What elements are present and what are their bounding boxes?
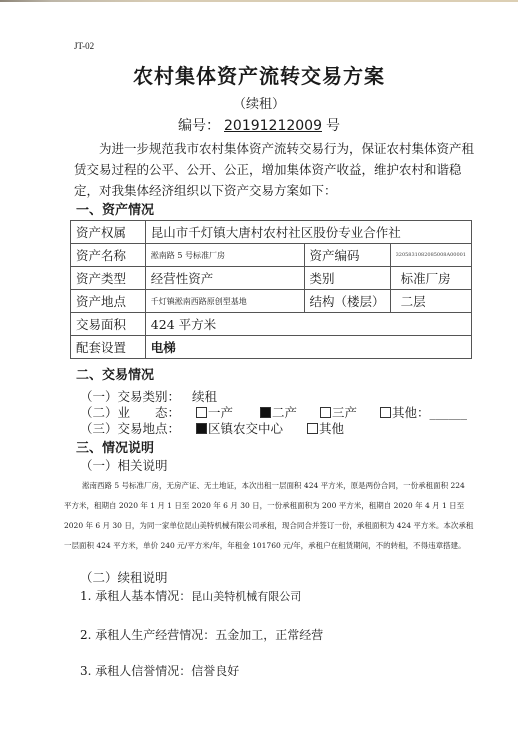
option-district-center[interactable]: 区镇农交中心 <box>196 419 303 437</box>
option-other[interactable]: 其他：______ <box>380 403 467 421</box>
label-location: 资产地点 <box>71 290 146 313</box>
label-asset-name: 资产名称 <box>71 244 146 267</box>
tenant-basic-info: 1. 承租人基本情况：昆山美特机械有限公司 <box>80 587 301 604</box>
value-asset-name: 淞南路 5 号标准厂房 <box>145 244 304 267</box>
table-row: 资产类型 经营性资产 类别 标准厂房 <box>71 267 472 290</box>
section-heading-explanation: 三、情况说明 <box>76 437 154 456</box>
document-subtitle: （续租） <box>0 93 518 112</box>
description-paragraph: 淞南西路 5 号标准厂房，无房产证、无土地证，本次出租一层面积 424 平方米，… <box>64 476 474 556</box>
checkbox-checked-icon <box>260 407 271 418</box>
value-category: 标准厂房 <box>390 267 471 290</box>
table-row: 配套设置 电梯 <box>71 336 472 359</box>
section-heading-transaction: 二、交易情况 <box>76 364 154 383</box>
venue-label: （三）交易地点： <box>80 419 192 437</box>
section-heading-assets: 一、资产情况 <box>76 199 154 218</box>
number-value: 20191212009 <box>220 118 326 134</box>
subheading-related: （一）相关说明 <box>80 456 168 474</box>
number-suffix: 号 <box>326 118 340 134</box>
tenant-business-info: 2. 承租人生产经营情况：五金加工，正常经营 <box>80 626 323 643</box>
subheading-renewal: （二）续租说明 <box>80 568 168 586</box>
label-asset-type: 资产类型 <box>71 267 146 290</box>
label-structure: 结构（楼层） <box>304 290 390 313</box>
number-label: 编号： <box>178 118 220 134</box>
document-title: 农村集体资产流转交易方案 <box>0 60 518 89</box>
value-structure: 二层 <box>390 290 471 313</box>
table-row: 资产名称 淞南路 5 号标准厂房 资产编码 3205831082085008A0… <box>71 244 472 267</box>
table-row: 资产权属 昆山市千灯镇大唐村农村社区股份专业合作社 <box>71 221 472 244</box>
transaction-venue: （三）交易地点： 区镇农交中心 其他 <box>80 419 344 437</box>
value-area: 424 平方米 <box>145 313 471 336</box>
checkbox-icon <box>196 407 207 418</box>
checkbox-icon <box>307 423 318 434</box>
value-facilities: 电梯 <box>145 336 471 359</box>
label-area: 交易面积 <box>71 313 146 336</box>
document-number: 编号：20191212009号 <box>0 115 518 135</box>
intro-paragraph: 为进一步规范我市农村集体资产流转交易行为，保证农村集体资产租赁交易过程的公平、公… <box>74 138 474 201</box>
table-row: 交易面积 424 平方米 <box>71 313 472 336</box>
form-code: JT-02 <box>74 41 94 51</box>
asset-table: 资产权属 昆山市千灯镇大唐村农村社区股份专业合作社 资产名称 淞南路 5 号标准… <box>70 220 472 359</box>
label-asset-code: 资产编码 <box>304 244 390 267</box>
option-venue-other[interactable]: 其他 <box>307 419 344 437</box>
table-row: 资产地点 千灯镇淞南西路原创型基地 结构（楼层） 二层 <box>71 290 472 313</box>
label-category: 类别 <box>304 267 390 290</box>
checkbox-icon <box>380 407 391 418</box>
value-asset-type: 经营性资产 <box>145 267 304 290</box>
scan-edge <box>0 0 518 2</box>
checkbox-checked-icon <box>196 423 207 434</box>
tenant-credit-info: 3. 承租人信誉情况：信誉良好 <box>80 662 239 679</box>
label-facilities: 配套设置 <box>71 336 146 359</box>
value-asset-code: 3205831082085008A00001 <box>390 244 471 267</box>
checkbox-icon <box>320 407 331 418</box>
value-ownership: 昆山市千灯镇大唐村农村社区股份专业合作社 <box>145 221 471 244</box>
label-ownership: 资产权属 <box>71 221 146 244</box>
value-location: 千灯镇淞南西路原创型基地 <box>145 290 304 313</box>
